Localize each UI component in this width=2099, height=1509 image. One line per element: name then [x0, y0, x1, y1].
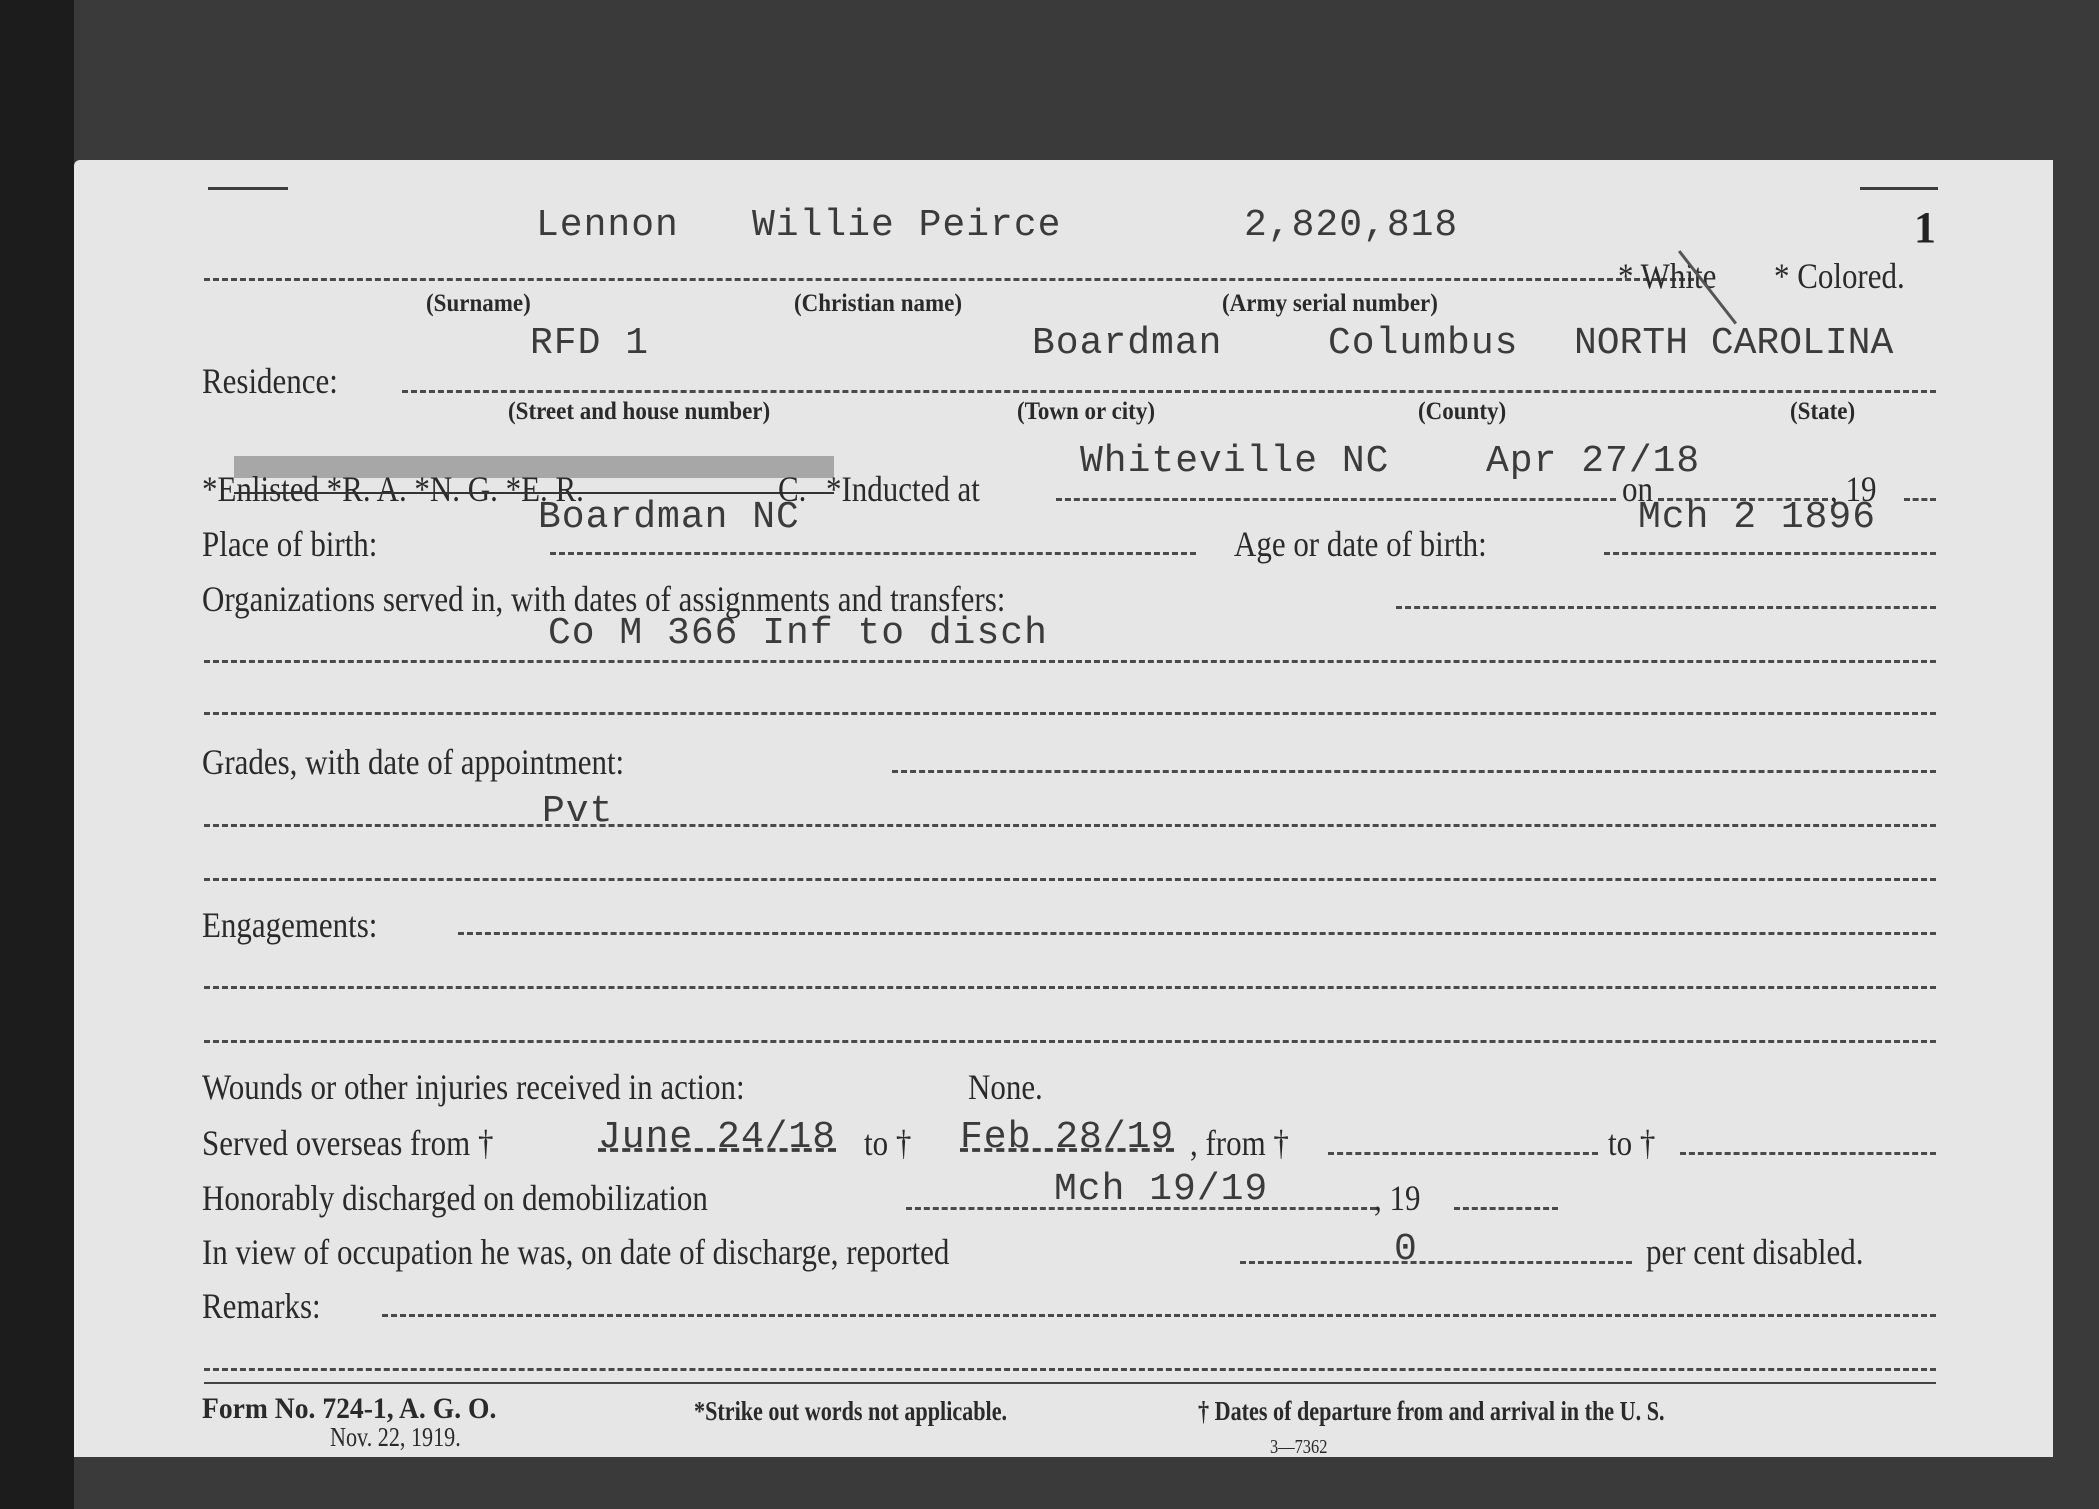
engagements-line-3 — [204, 1040, 1936, 1043]
overseas-to2-label: to † — [1608, 1122, 1655, 1164]
wounds-label: Wounds or other injuries received in act… — [202, 1066, 745, 1108]
race-colored-option: * Colored. — [1774, 255, 1905, 297]
county-sublabel: (County) — [1418, 398, 1506, 426]
remarks-line-1 — [382, 1314, 1936, 1317]
christian-name-label: (Christian name) — [794, 290, 962, 318]
overseas-label: Served overseas from † — [202, 1122, 493, 1164]
year-line — [1904, 498, 1936, 501]
grades-line-2 — [204, 824, 1936, 827]
organizations-value: Co M 366 Inf to disch — [548, 612, 1048, 655]
form-number: Form No. 724-1, A. G. O. — [202, 1392, 496, 1426]
engagements-label: Engagements: — [202, 904, 377, 946]
residence-county-value: Columbus — [1328, 322, 1518, 365]
surname-label: (Surname) — [426, 290, 531, 318]
birthplace-label: Place of birth: — [202, 523, 377, 565]
name-line — [204, 278, 1694, 281]
grades-line-1 — [892, 770, 1936, 773]
inducted-label: *Inducted at — [826, 468, 980, 510]
christian-name-value: Willie Peirce — [752, 204, 1061, 247]
overseas-from2-label: , from † — [1190, 1122, 1289, 1164]
organizations-line-1 — [1396, 606, 1936, 609]
disability-label: In view of occupation he was, on date of… — [202, 1231, 949, 1273]
residence-state-value: NORTH CAROLINA — [1574, 322, 1893, 365]
birthplace-value: Boardman NC — [538, 496, 800, 539]
engagements-line-1 — [458, 932, 1936, 935]
serial-number-label: (Army serial number) — [1222, 290, 1438, 318]
inducted-at-value: Whiteville NC — [1080, 440, 1389, 483]
disability-percent-value: 0 — [1394, 1228, 1418, 1271]
wounds-value: None. — [968, 1066, 1043, 1108]
dates-note: † Dates of departure from and arrival in… — [1198, 1396, 1665, 1427]
strike-out-note: *Strike out words not applicable. — [694, 1396, 1007, 1427]
birthdate-label: Age or date of birth: — [1234, 523, 1487, 565]
corner-bar-left — [208, 187, 288, 190]
birthplace-line — [550, 552, 1196, 555]
discharge-label: Honorably discharged on demobilization — [202, 1177, 708, 1219]
serial-number-value: 2,820,818 — [1244, 204, 1458, 247]
form-date: Nov. 22, 1919. — [330, 1422, 461, 1453]
residence-line — [402, 390, 1936, 393]
remarks-line-2 — [204, 1368, 1936, 1371]
residence-town-value: Boardman — [1032, 322, 1222, 365]
enlisted-options-struck: *Enlisted *R. A. *N. G. *E. R. — [202, 468, 584, 510]
discharge-year-label: , 19 — [1374, 1177, 1420, 1219]
residence-label: Residence: — [202, 360, 338, 402]
birthdate-line — [1604, 552, 1936, 555]
scanner-edge-strip — [0, 0, 74, 1509]
inducted-line — [1056, 498, 1616, 501]
race-white-option: * White — [1618, 255, 1716, 297]
overseas-to-value: Feb 28/19 — [960, 1116, 1174, 1159]
grades-label: Grades, with date of appointment: — [202, 741, 624, 783]
street-sublabel: (Street and house number) — [508, 398, 770, 426]
organizations-line-3 — [204, 712, 1936, 715]
inducted-date-value: Apr 27/18 — [1486, 440, 1700, 483]
disability-line — [1240, 1261, 1632, 1264]
overseas-from-value: June 24/18 — [598, 1116, 836, 1159]
grades-line-3 — [204, 878, 1936, 881]
organizations-line-2 — [204, 660, 1936, 663]
overseas-from2-line — [1328, 1152, 1598, 1155]
overseas-to-label: to † — [864, 1122, 911, 1164]
birthdate-value: Mch 2 1896 — [1638, 496, 1876, 539]
service-record-card: 1 Lennon Willie Peirce 2,820,818 * White… — [74, 160, 2053, 1457]
state-sublabel: (State) — [1790, 398, 1855, 426]
town-sublabel: (Town or city) — [1017, 398, 1155, 426]
engagements-line-2 — [204, 986, 1936, 989]
card-number: 1 — [1914, 202, 1936, 253]
strike-through-line — [234, 492, 834, 494]
overseas-to2-line — [1680, 1152, 1936, 1155]
corner-bar-right — [1860, 187, 1938, 190]
footer-divider — [204, 1382, 1936, 1384]
print-code: 3—7362 — [1270, 1436, 1327, 1459]
discharge-date-value: Mch 19/19 — [1054, 1168, 1268, 1211]
discharge-year-line — [1454, 1207, 1558, 1210]
surname-value: Lennon — [536, 204, 679, 247]
residence-street-value: RFD 1 — [530, 322, 649, 365]
disability-suffix: per cent disabled. — [1646, 1231, 1863, 1273]
remarks-label: Remarks: — [202, 1285, 321, 1327]
